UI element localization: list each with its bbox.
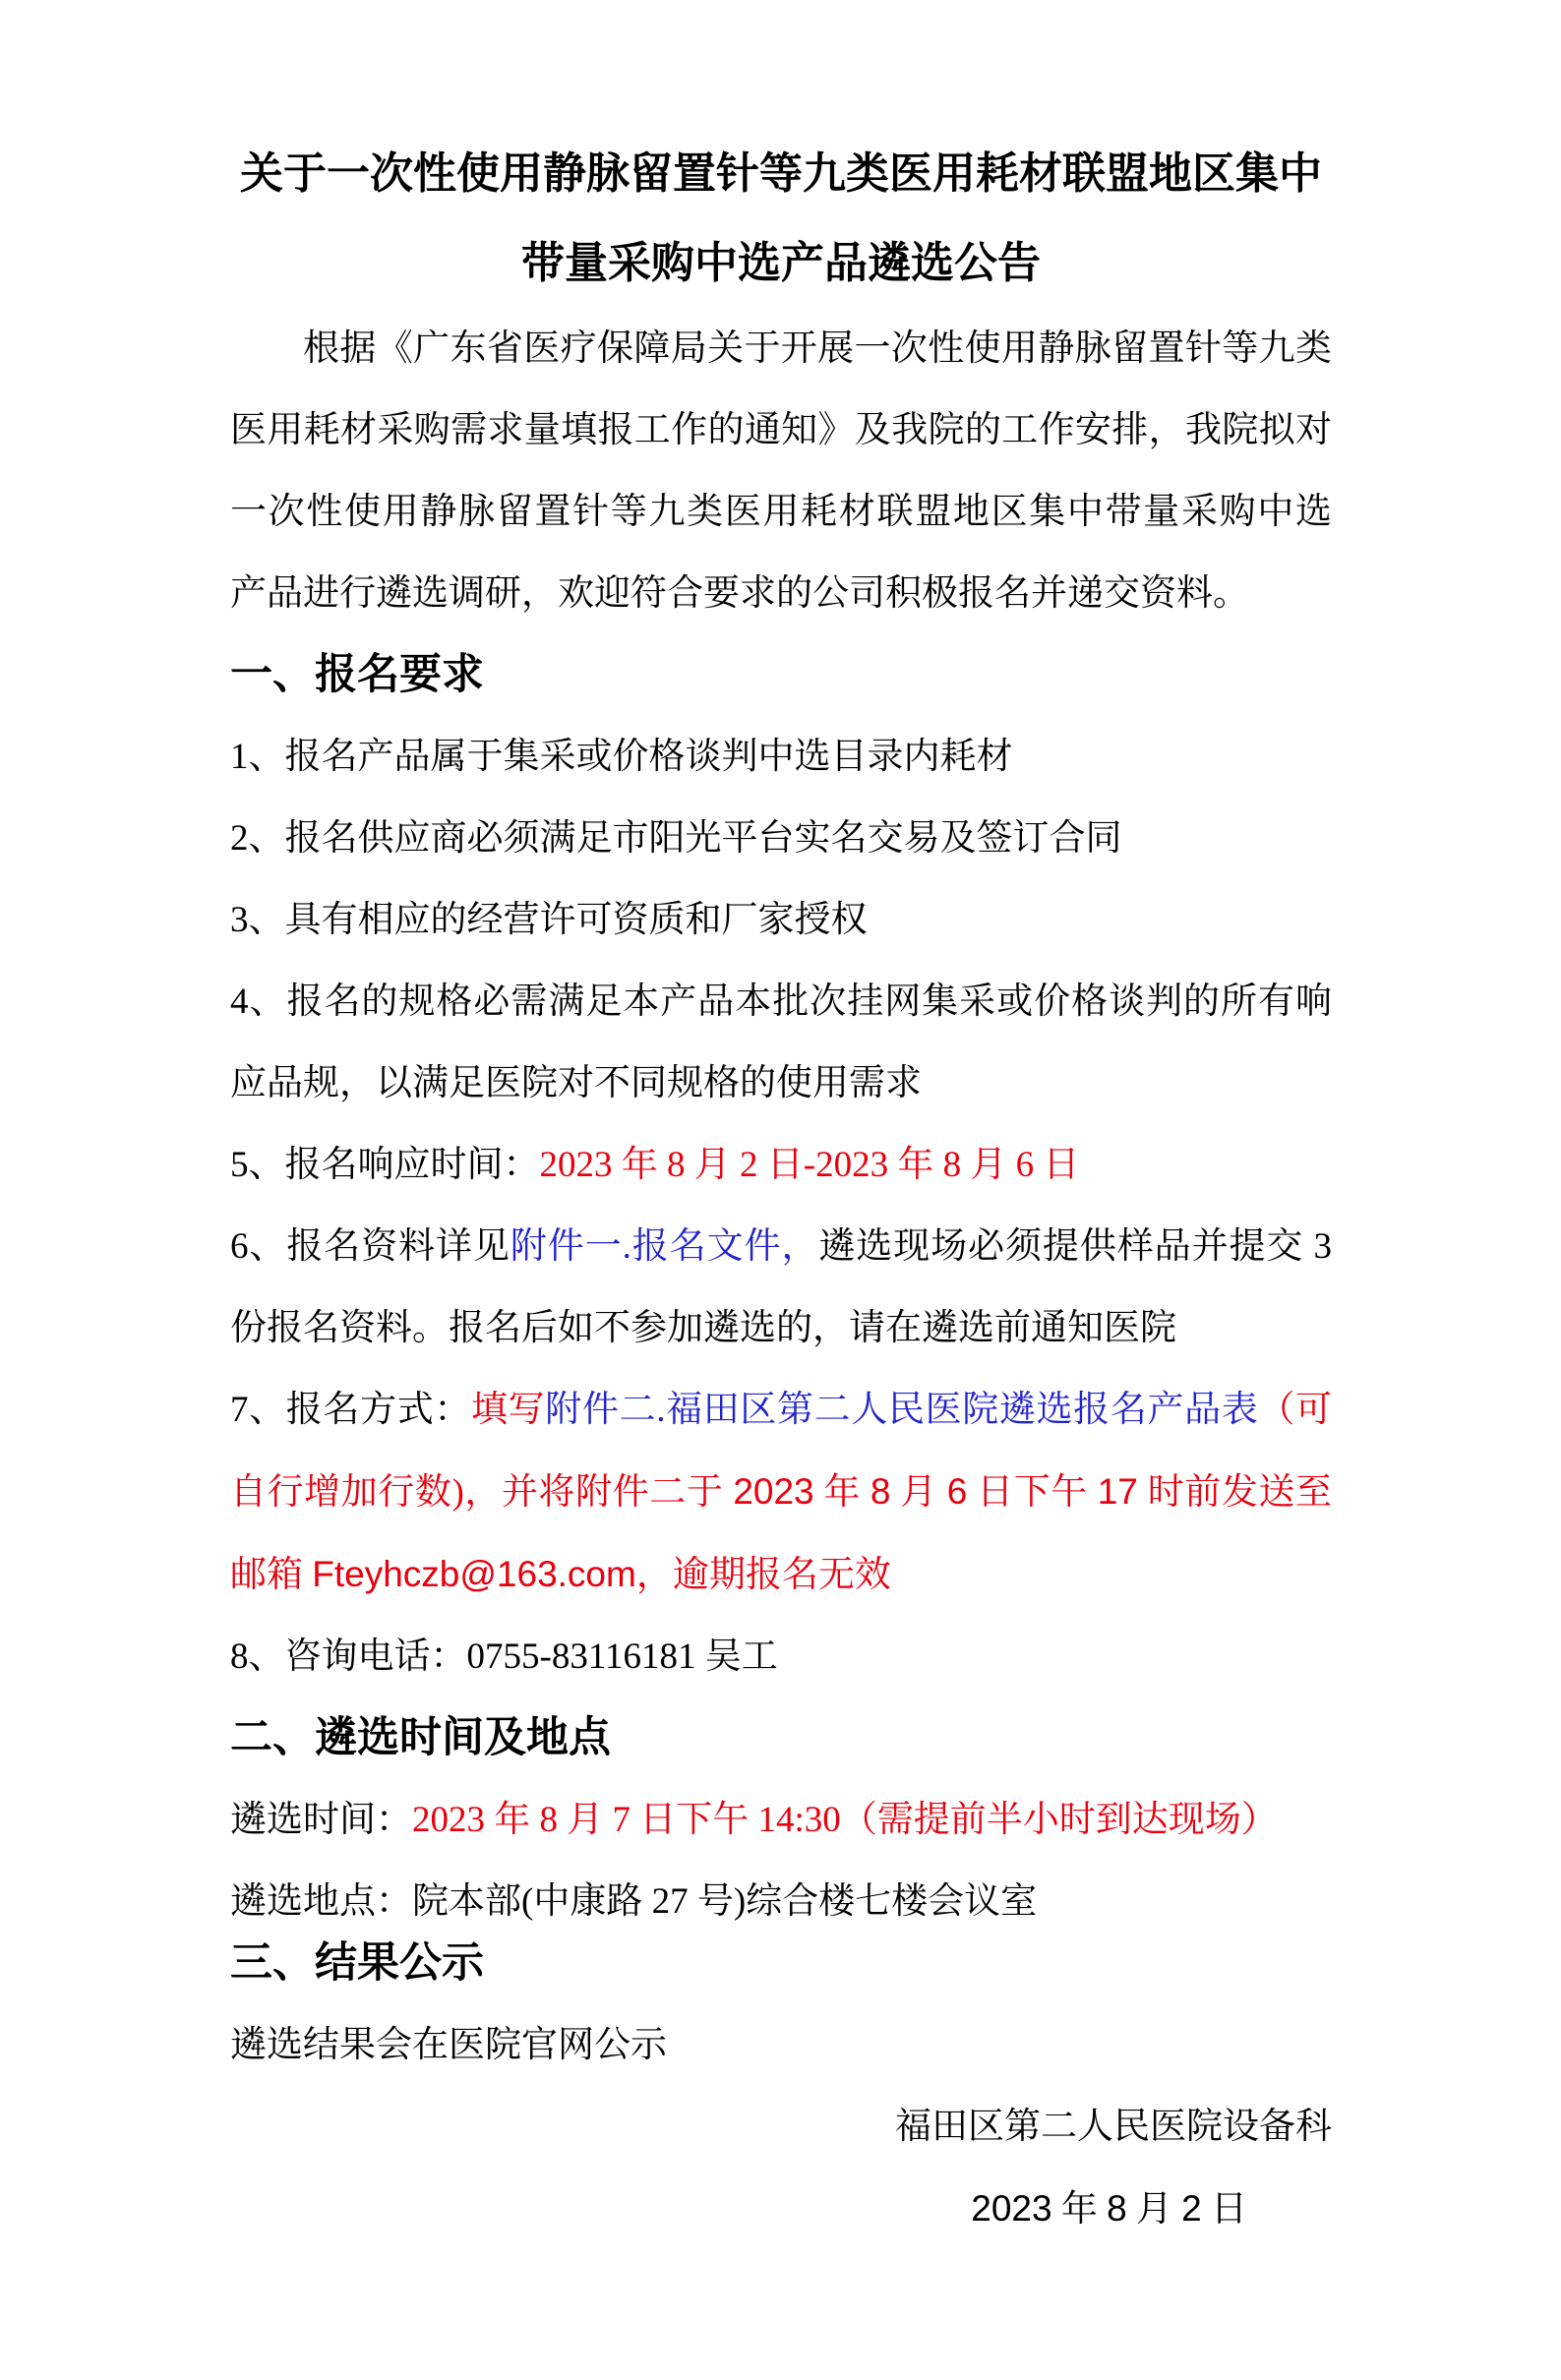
item-6-text: 遴选现场必须提供样品并提交 3	[818, 1226, 1332, 1267]
list-item-4-line-1: 4、报名的规格必需满足本产品本批次挂网集采或价格谈判的所有响	[230, 961, 1332, 1042]
item-7-label: 7、报名方式：	[230, 1390, 471, 1430]
date-text: 日	[1202, 2189, 1247, 2230]
item-7-instruction: 自行增加行数)，并将附件二于	[230, 1472, 733, 1513]
item-6-text: 6、报名资料详见	[230, 1226, 510, 1267]
selection-time-value: 2023 年 8 月 7 日下午 14:30（需提前半小时到达现场）	[412, 1800, 1278, 1840]
list-item-3: 3、具有相应的经营许可资质和厂家授权	[230, 879, 1332, 961]
section-heading-2: 二、遴选时间及地点	[230, 1697, 1332, 1779]
date-month: 8	[1107, 2188, 1127, 2229]
deadline-month: 8	[871, 1471, 891, 1512]
list-item-6-line-1: 6、报名资料详见附件一.报名文件，遴选现场必须提供样品并提交 3	[230, 1206, 1332, 1287]
selection-time-label: 遴选时间：	[230, 1800, 412, 1840]
list-item-7-line-3: 邮箱 Fteyhczb@163.com，逾期报名无效	[230, 1533, 1332, 1616]
selection-time-line: 遴选时间：2023 年 8 月 7 日下午 14:30（需提前半小时到达现场）	[230, 1779, 1332, 1861]
deadline-year: 2023	[733, 1471, 813, 1512]
item-5-label: 5、报名响应时间：	[230, 1145, 540, 1185]
document-page: 关于一次性使用静脉留置针等九类医用耗材联盟地区集中 带量采购中选产品遴选公告 根…	[0, 0, 1561, 2380]
paragraph-line: 根据《广东省医疗保障局关于开展一次性使用静脉留置针等九类	[230, 308, 1332, 389]
document-content: 关于一次性使用静脉留置针等九类医用耗材联盟地区集中 带量采购中选产品遴选公告 根…	[230, 0, 1332, 2250]
item-7-instruction: ，逾期报名无效	[636, 1555, 891, 1595]
item-7-instruction: 月	[890, 1472, 946, 1513]
date-year: 2023	[971, 2188, 1051, 2229]
item-7-instruction: 时前发送至	[1138, 1472, 1332, 1513]
deadline-day: 6	[947, 1471, 968, 1512]
list-item-4-line-2: 应品规，以满足医院对不同规格的使用需求	[230, 1042, 1332, 1124]
result-publicity-line: 遴选结果会在医院官网公示	[230, 2004, 1332, 2086]
list-item-7-line-1: 7、报名方式：填写附件二.福田区第二人民医院遴选报名产品表（可	[230, 1369, 1332, 1451]
date-text: 月	[1127, 2189, 1182, 2230]
item-7-instruction: 邮箱	[230, 1555, 312, 1595]
list-item-2: 2、报名供应商必须满足市阳光平台实名交易及签订合同	[230, 798, 1332, 879]
list-item-6-line-2: 份报名资料。报名后如不参加遴选的，请在遴选前通知医院	[230, 1287, 1332, 1369]
item-7-instruction: 年	[814, 1472, 871, 1513]
list-item-1: 1、报名产品属于集采或价格谈判中选目录内耗材	[230, 716, 1332, 798]
attachment-1-reference: 附件一.报名文件，	[510, 1226, 819, 1267]
signature-line: 福田区第二人民医院设备科	[230, 2086, 1332, 2168]
deadline-hour: 17	[1098, 1471, 1138, 1512]
email-address: Fteyhczb@163.com	[312, 1554, 636, 1594]
paragraph-line: 医用耗材采购需求量填报工作的通知》及我院的工作安排，我院拟对	[230, 389, 1332, 471]
item-7-instruction: （可	[1258, 1390, 1332, 1430]
paragraph-line: 产品进行遴选调研，欢迎符合要求的公司积极报名并递交资料。	[230, 553, 1332, 634]
date-day: 2	[1181, 2188, 1202, 2229]
document-date-line: 2023 年 8 月 2 日	[230, 2168, 1332, 2250]
list-item-7-line-2: 自行增加行数)，并将附件二于 2023 年 8 月 6 日下午 17 时前发送至	[230, 1451, 1332, 1533]
item-5-dates: 2023 年 8 月 2 日-2023 年 8 月 6 日	[540, 1145, 1080, 1185]
attachment-2-reference: 附件二.福田区第二人民医院遴选报名产品表	[545, 1390, 1258, 1430]
list-item-5: 5、报名响应时间：2023 年 8 月 2 日-2023 年 8 月 6 日	[230, 1124, 1332, 1206]
paragraph-line: 一次性使用静脉留置针等九类医用耗材联盟地区集中带量采购中选	[230, 471, 1332, 553]
item-7-instruction: 填写	[471, 1390, 545, 1430]
item-7-instruction: 日下午	[967, 1472, 1097, 1513]
section-heading-1: 一、报名要求	[230, 634, 1332, 716]
list-item-8: 8、咨询电话：0755-83116181 吴工	[230, 1616, 1332, 1697]
date-text: 年	[1052, 2189, 1108, 2230]
doc-title-line-2: 带量采购中选产品遴选公告	[230, 218, 1332, 308]
doc-title-line-1: 关于一次性使用静脉留置针等九类医用耗材联盟地区集中	[230, 129, 1332, 218]
